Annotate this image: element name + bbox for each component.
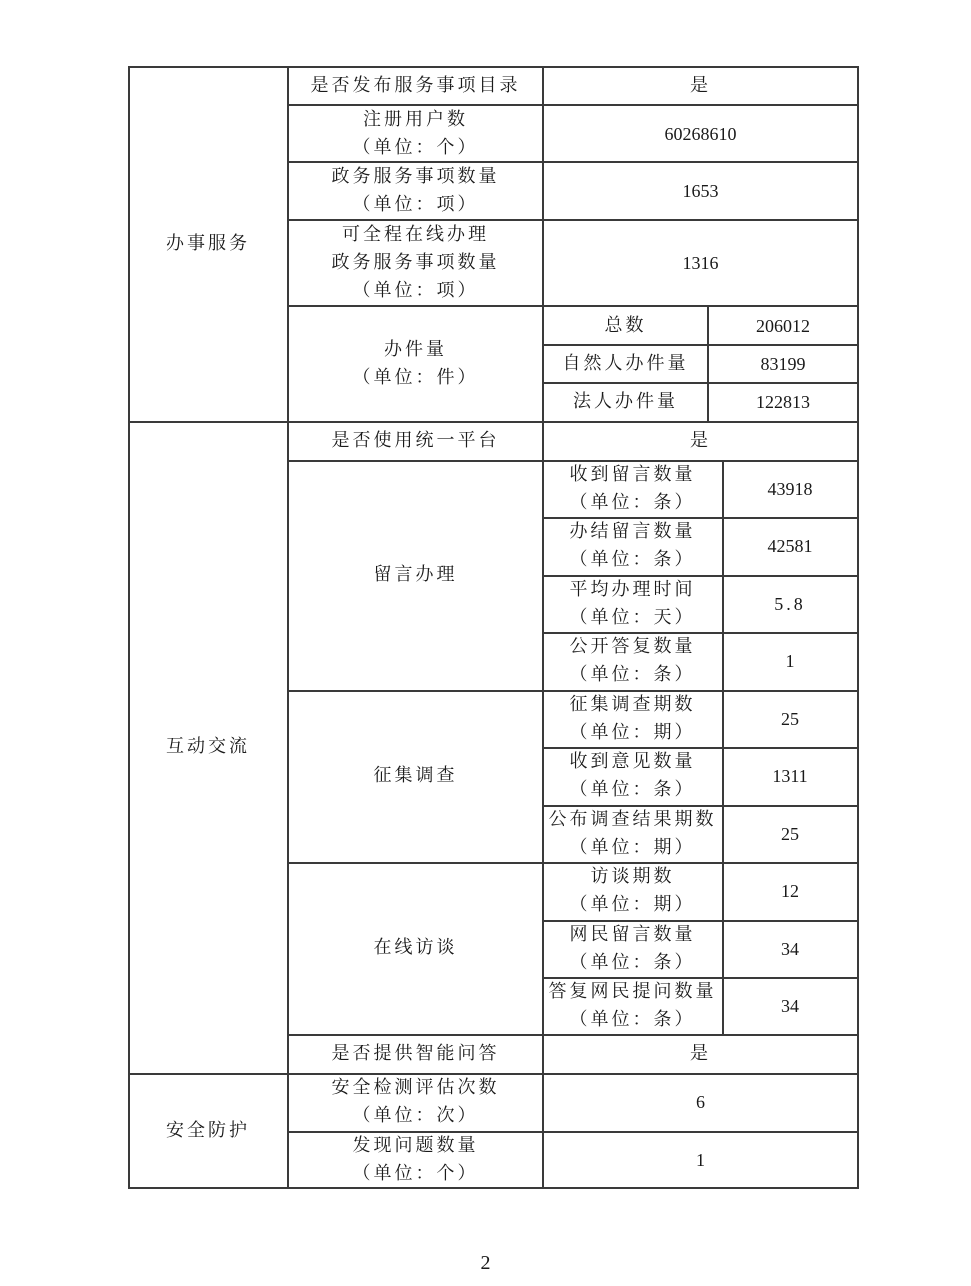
sub-value-interview-periods: 12 (722, 862, 858, 920)
row-label-unified-platform: 是否使用统一平台 (288, 421, 543, 460)
sub-value-survey-periods: 25 (722, 690, 858, 747)
row-divider (288, 460, 858, 462)
sub-value-messages-received: 43918 (722, 460, 858, 517)
table-border-bottom (128, 1187, 859, 1189)
row-divider (543, 805, 858, 807)
row-label-catalog: 是否发布服务事项目录 (288, 66, 543, 105)
row-value-catalog: 是 (543, 66, 858, 105)
section-label-service: 办事服务 (128, 66, 288, 421)
page-number: 2 (0, 1252, 971, 1275)
sub-value-questions-answered: 34 (722, 977, 858, 1034)
sub-label-opinions-received: 收到意见数量 （单位：条） (543, 747, 722, 805)
sub-value-results-published: 25 (722, 805, 858, 862)
row-value-smart-qa: 是 (543, 1034, 858, 1073)
section-label-interaction: 互动交流 (128, 421, 288, 1073)
group-label-interview: 在线访谈 (288, 862, 543, 1034)
row-label-registered-users: 注册用户数 （单位：个） (288, 105, 543, 162)
table-border-right (857, 66, 859, 1188)
row-divider (288, 862, 858, 864)
sub-value-messages-closed: 42581 (722, 517, 858, 575)
row-value-security-checks: 6 (543, 1073, 858, 1131)
row-divider (288, 1131, 858, 1133)
row-divider (543, 575, 858, 577)
sub-label-natural-person: 自然人办件量 (543, 345, 708, 383)
row-divider (288, 219, 858, 221)
sub-label-avg-time: 平均办理时间 （单位：天） (543, 575, 722, 632)
sub-label-results-published: 公布调查结果期数 （单位：期） (543, 805, 722, 862)
document-page: 办事服务 是否发布服务事项目录 是 注册用户数 （单位：个） 60268610 … (0, 0, 971, 1286)
section-label-security: 安全防护 (128, 1073, 288, 1188)
table-border-top (128, 66, 859, 68)
row-divider (288, 1034, 858, 1036)
row-value-registered-users: 60268610 (543, 105, 858, 162)
sub-label-messages-closed: 办结留言数量 （单位：条） (543, 517, 722, 575)
sub-value-avg-time: 5.8 (722, 575, 858, 632)
row-value-online-items: 1316 (543, 220, 858, 306)
row-value-issues-found: 1 (543, 1131, 858, 1188)
sub-label-legal-person: 法人办件量 (543, 383, 708, 421)
row-divider (288, 690, 858, 692)
row-value-service-items: 1653 (543, 162, 858, 220)
row-label-issues-found: 发现问题数量 （单位：个） (288, 1131, 543, 1188)
row-label-case-volume: 办件量 （单位：件） (288, 306, 543, 421)
sub-label-survey-periods: 征集调查期数 （单位：期） (543, 690, 722, 747)
sub-value-total: 206012 (708, 306, 858, 345)
sub-value-legal-person: 122813 (708, 383, 858, 421)
row-divider (543, 382, 858, 384)
sub-label-public-replies: 公开答复数量 （单位：条） (543, 632, 722, 690)
sub-label-messages-received: 收到留言数量 （单位：条） (543, 460, 722, 517)
section-divider (128, 421, 859, 423)
row-label-security-checks: 安全检测评估次数 （单位：次） (288, 1073, 543, 1131)
row-divider (543, 977, 858, 979)
row-divider (543, 344, 858, 346)
column-divider-1 (287, 66, 289, 1188)
row-divider (288, 305, 858, 307)
row-divider (543, 632, 858, 634)
row-divider (288, 104, 858, 106)
column-divider-2 (542, 66, 544, 1188)
row-divider (543, 920, 858, 922)
row-divider (543, 747, 858, 749)
row-label-smart-qa: 是否提供智能问答 (288, 1034, 543, 1073)
table-border-left (128, 66, 130, 1188)
row-divider (288, 161, 858, 163)
row-value-unified-platform: 是 (543, 421, 858, 460)
column-divider-sub (722, 460, 724, 1034)
row-label-service-items: 政务服务事项数量 （单位：项） (288, 162, 543, 220)
row-divider (543, 517, 858, 519)
group-label-messages: 留言办理 (288, 460, 543, 690)
section-divider (128, 1073, 859, 1075)
sub-value-public-replies: 1 (722, 632, 858, 690)
sub-label-total: 总数 (543, 306, 708, 345)
sub-value-opinions-received: 1311 (722, 747, 858, 805)
sub-label-netizen-messages: 网民留言数量 （单位：条） (543, 920, 722, 977)
row-label-online-items: 可全程在线办理 政务服务事项数量 （单位：项） (288, 220, 543, 306)
sub-label-interview-periods: 访谈期数 （单位：期） (543, 862, 722, 920)
sub-value-netizen-messages: 34 (722, 920, 858, 977)
sub-label-questions-answered: 答复网民提问数量 （单位：条） (543, 977, 722, 1034)
group-label-survey: 征集调查 (288, 690, 543, 862)
column-divider-sub (707, 306, 709, 421)
sub-value-natural-person: 83199 (708, 345, 858, 383)
